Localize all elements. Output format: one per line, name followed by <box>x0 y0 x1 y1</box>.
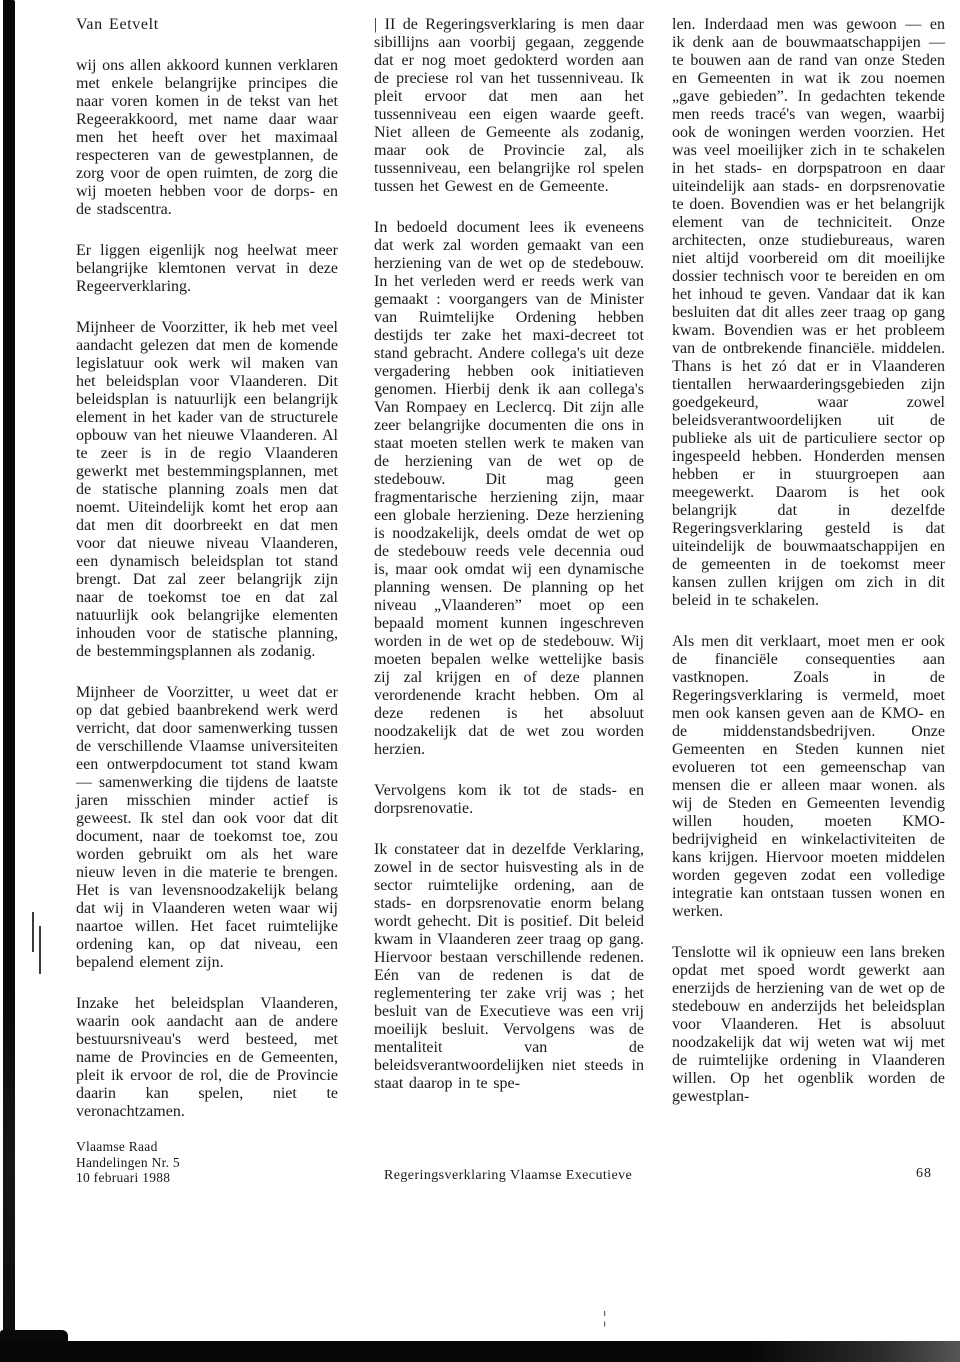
scan-artifact-bottom-band <box>0 1341 960 1362</box>
paragraph: Ik constateer dat in dezelfde Verklaring… <box>374 841 644 1093</box>
footer-publication: Vlaamse Raad <box>76 1139 180 1155</box>
paragraph: wij ons allen akkoord kunnen verklaren m… <box>76 57 338 219</box>
footer-running-title: Regeringsverklaring Vlaamse Executieve <box>384 1168 632 1184</box>
column-right: len. Inderdaad men was gewoon — en ik de… <box>672 16 945 1106</box>
paragraph: Mijnheer de Voorzitter, ik heb met veel … <box>76 319 338 661</box>
paragraph: Vervolgens kom ik tot de stads- en dorps… <box>374 782 644 818</box>
speaker-name: Van Eetvelt <box>76 16 338 34</box>
scan-artifact-bar <box>39 926 41 974</box>
footer-date: 10 februari 1988 <box>76 1170 180 1186</box>
footer-issue: Handelingen Nr. 5 <box>76 1155 180 1171</box>
paragraph: | II de Regeringsverklaring is men daar … <box>374 16 644 196</box>
scan-artifact-left-band <box>3 0 15 1348</box>
paragraph: Er liggen eigenlijk nog heelwat meer bel… <box>76 242 338 296</box>
column-left: Van Eetvelt wij ons allen akkoord kunnen… <box>76 16 338 1121</box>
paragraph: Inzake het beleidsplan Vlaanderen, waari… <box>76 995 338 1121</box>
footer-imprint: Vlaamse Raad Handelingen Nr. 5 10 februa… <box>76 1139 180 1186</box>
column-middle: | II de Regeringsverklaring is men daar … <box>374 16 644 1093</box>
scan-artifact-center-mark: ¦ <box>603 1308 606 1328</box>
paragraph: Tenslotte wil ik opnieuw een lans breken… <box>672 944 945 1106</box>
scan-artifact-bar <box>32 912 34 952</box>
scan-artifact-margin-marks <box>30 912 46 974</box>
footer-page-number: 68 <box>916 1166 932 1182</box>
paragraph: In bedoeld document lees ik eveneens dat… <box>374 219 644 759</box>
paragraph: Als men dit verklaart, moet men er ook d… <box>672 633 945 921</box>
scanned-document-page: ¦ Van Eetvelt wij ons allen akkoord kunn… <box>0 0 960 1362</box>
paragraph: len. Inderdaad men was gewoon — en ik de… <box>672 16 945 610</box>
paragraph: Mijnheer de Voorzitter, u weet dat er op… <box>76 684 338 972</box>
